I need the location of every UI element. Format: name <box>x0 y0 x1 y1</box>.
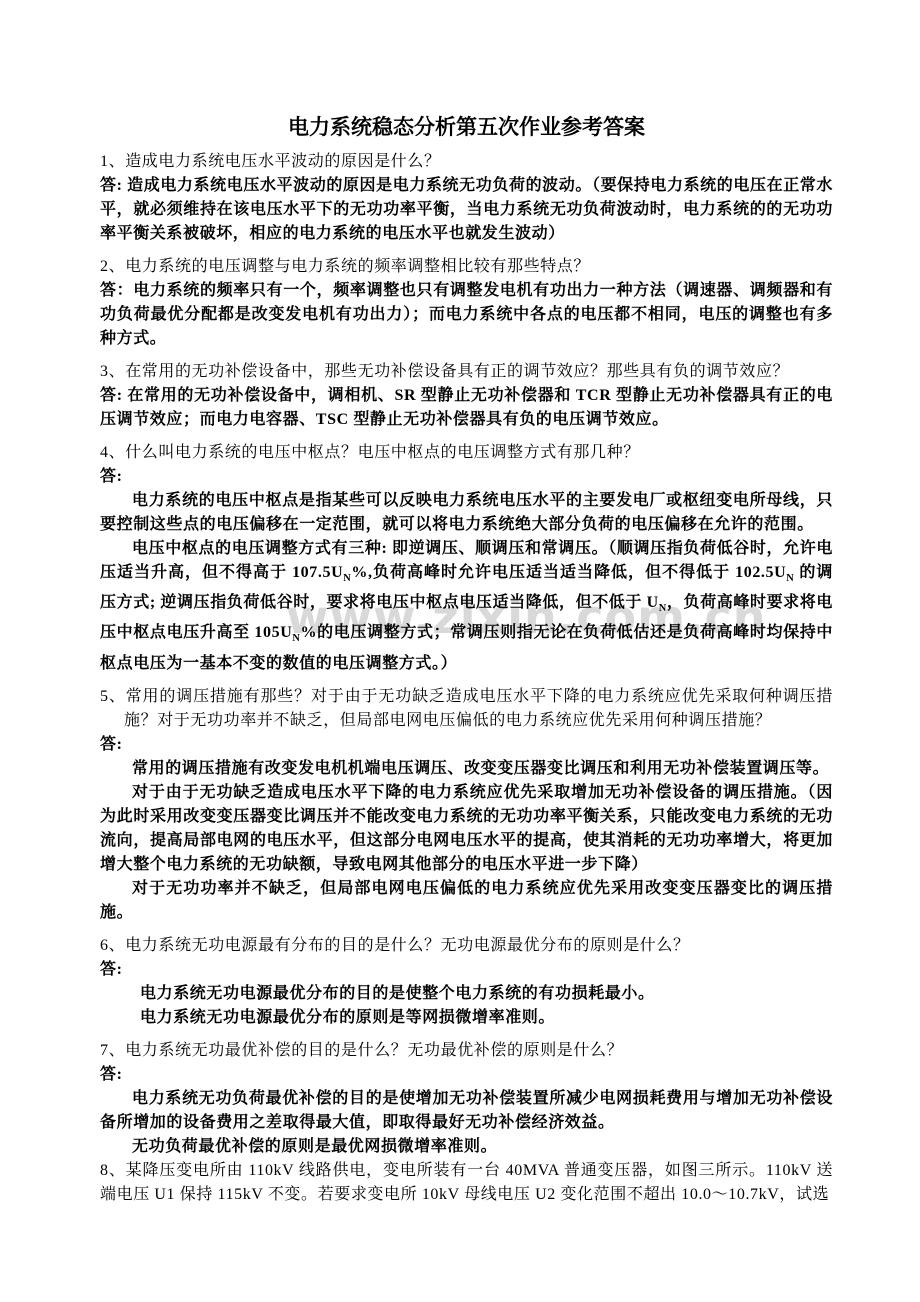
doc-title: 电力系统稳态分析第五次作业参考答案 <box>100 112 833 142</box>
answer-4-label: 答: <box>100 465 833 489</box>
question-5: 5、常用的调压措施有那些？对于由于无功缺乏造成电压水平下降的电力系统应优先采取何… <box>100 685 833 733</box>
answer-4-p1: 电力系统的电压中枢点是指某些可以反映电力系统电压水平的主要发电厂或枢纽变电所母线… <box>100 489 833 537</box>
answer-5-p2: 对于由于无功缺乏造成电压水平下降的电力系统应优先采取增加无功补偿设备的调压措施。… <box>100 781 833 877</box>
qa-block-7: 7、电力系统无功最优补偿的目的是什么？无功最优补偿的原则是什么？ 答: 电力系统… <box>100 1039 833 1159</box>
qa-block-2: 2、电力系统的电压调整与电力系统的频率调整相比较有那些特点？ 答：电力系统的频率… <box>100 255 833 351</box>
document-page: www.zlxin.com.cn 电力系统稳态分析第五次作业参考答案 1、造成电… <box>0 0 920 1302</box>
qa-block-5: 5、常用的调压措施有那些？对于由于无功缺乏造成电压水平下降的电力系统应优先采取何… <box>100 685 833 925</box>
qa-block-6: 6、电力系统无功电源最有分布的目的是什么？无功电源最优分布的原则是什么？ 答: … <box>100 934 833 1030</box>
answer-6-p2: 电力系统无功电源最优分布的原则是等网损微增率准则。 <box>100 1006 833 1030</box>
question-2: 2、电力系统的电压调整与电力系统的频率调整相比较有那些特点？ <box>100 255 833 279</box>
answer-7-p1: 电力系统无功负荷最优补偿的目的是使增加无功补偿装置所减少电网损耗费用与增加无功补… <box>100 1087 833 1135</box>
question-8: 8、某降压变电所由 110kV 线路供电，变电所装有一台 40MVA 普通变压器… <box>100 1159 833 1207</box>
answer-4-p2: 电压中枢点的电压调整方式有三种: 即逆调压、顺调压和常调压。（顺调压指负荷低谷时… <box>100 537 833 676</box>
question-4: 4、什么叫电力系统的电压中枢点？电压中枢点的电压调整方式有那几种？ <box>100 441 833 465</box>
question-1: 1、造成电力系统电压水平波动的原因是什么？ <box>100 150 833 174</box>
answer-5-p3: 对于无功功率并不缺乏，但局部电网电压偏低的电力系统应优先采用改变变压器变比的调压… <box>100 877 833 925</box>
question-6: 6、电力系统无功电源最有分布的目的是什么？无功电源最优分布的原则是什么？ <box>100 934 833 958</box>
answer-1-p1: 答: 造成电力系统电压水平波动的原因是电力系统无功负荷的波动。（要保持电力系统的… <box>100 174 833 246</box>
answer-6-label: 答: <box>100 958 833 982</box>
answer-6-p1: 电力系统无功电源最优分布的目的是使整个电力系统的有功损耗最小。 <box>100 982 833 1006</box>
answer-5-p1: 常用的调压措施有改变发电机机端电压调压、改变变压器变比调压和利用无功补偿装置调压… <box>100 757 833 781</box>
qa-block-4: 4、什么叫电力系统的电压中枢点？电压中枢点的电压调整方式有那几种？ 答: 电力系… <box>100 441 833 676</box>
answer-7-p2: 无功负荷最优补偿的原则是最优网损微增率准则。 <box>100 1135 833 1159</box>
question-7: 7、电力系统无功最优补偿的目的是什么？无功最优补偿的原则是什么？ <box>100 1039 833 1063</box>
question-3: 3、在常用的无功补偿设备中，那些无功补偿设备具有正的调节效应？那些具有负的调节效… <box>100 360 833 384</box>
answer-5-label: 答: <box>100 733 833 757</box>
answer-7-label: 答: <box>100 1063 833 1087</box>
answer-3-p1: 答: 在常用的无功补偿设备中，调相机、SR 型静止无功补偿器和 TCR 型静止无… <box>100 384 833 432</box>
answer-2-p1: 答：电力系统的频率只有一个，频率调整也只有调整发电机有功出力一种方法（调速器、调… <box>100 279 833 351</box>
qa-block-1: 1、造成电力系统电压水平波动的原因是什么？ 答: 造成电力系统电压水平波动的原因… <box>100 150 833 246</box>
qa-block-3: 3、在常用的无功补偿设备中，那些无功补偿设备具有正的调节效应？那些具有负的调节效… <box>100 360 833 432</box>
document-body: 电力系统稳态分析第五次作业参考答案 1、造成电力系统电压水平波动的原因是什么？ … <box>100 112 833 1207</box>
qa-block-8: 8、某降压变电所由 110kV 线路供电，变电所装有一台 40MVA 普通变压器… <box>100 1159 833 1207</box>
